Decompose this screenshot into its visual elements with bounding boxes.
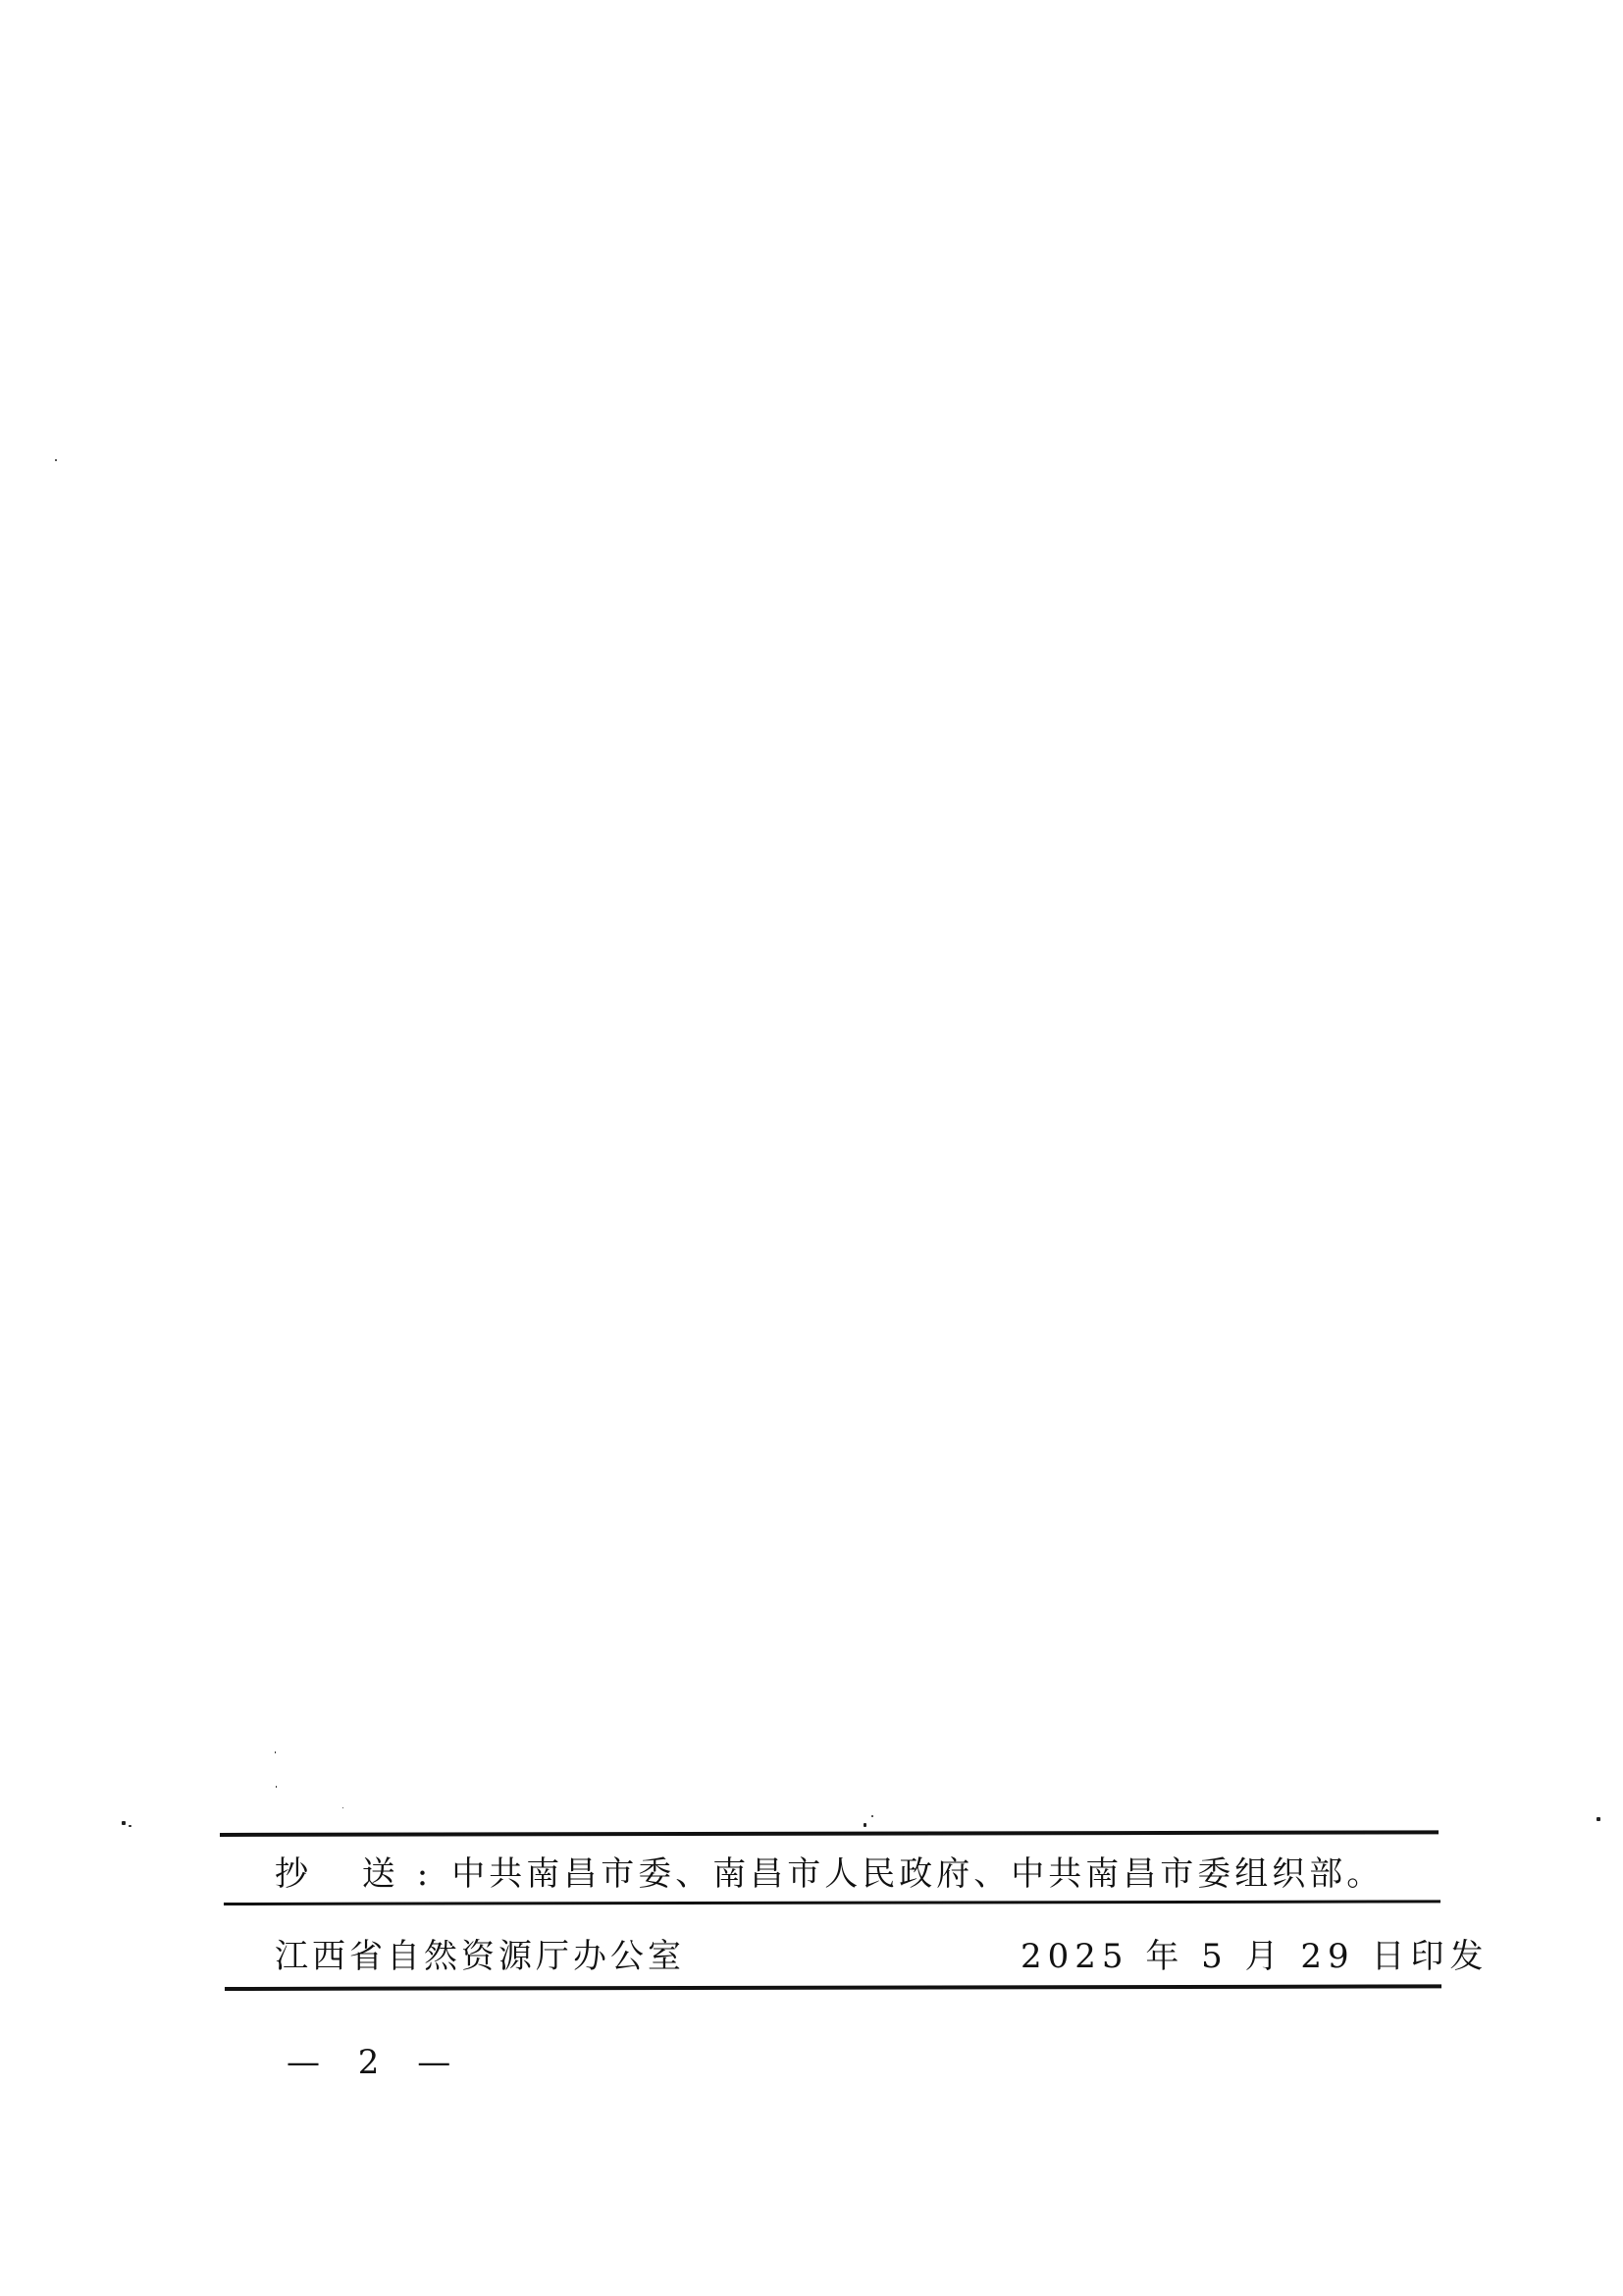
colophon-bottom-rule (225, 1984, 1441, 1991)
scan-speckle (122, 1821, 126, 1825)
scan-speckle (871, 1815, 873, 1817)
scan-speckle (864, 1823, 866, 1827)
issuing-office: 江西省自然资源厅办公室 (275, 1937, 685, 1976)
scan-speckle (276, 1786, 277, 1788)
scan-speckle (342, 1807, 343, 1808)
cc-line: 抄 送:中共南昌市委、南昌市人民政府、中共南昌市委组织部。 (275, 1854, 1384, 1894)
colophon-middle-rule (224, 1900, 1440, 1905)
cc-recipients: 中共南昌市委、南昌市人民政府、中共南昌市委组织部。 (451, 1854, 1384, 1894)
scan-speckle (275, 1751, 276, 1753)
page-number: — 2 — (287, 2043, 464, 2082)
issue-date: 2025 年 5 月 29 日印发 (1021, 1937, 1489, 1976)
colophon-top-rule (220, 1830, 1439, 1837)
document-page: 抄 送:中共南昌市委、南昌市人民政府、中共南昌市委组织部。 江西省自然资源厅办公… (0, 0, 1623, 2296)
scan-speckle (1597, 1817, 1600, 1821)
scan-speckle (129, 1825, 131, 1827)
cc-label: 抄 送: (275, 1854, 449, 1894)
scan-speckle (55, 459, 57, 461)
